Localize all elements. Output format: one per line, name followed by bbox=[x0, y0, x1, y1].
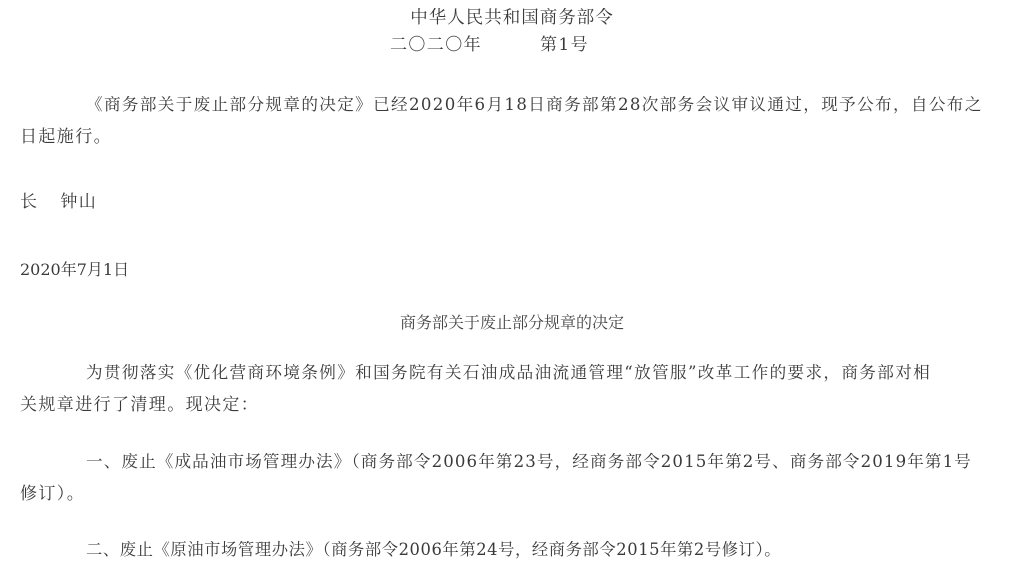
order-number: 第1号 bbox=[540, 35, 589, 55]
promulgation-text-line-1: 《商务部关于废止部分规章的决定》已经2020年6月18日商务部第28次部务会议审… bbox=[86, 95, 983, 115]
decision-item-1-line-2: 修订）。 bbox=[20, 484, 85, 504]
issue-date: 2020年7月1日 bbox=[20, 260, 129, 280]
decision-intro-line-2: 关规章进行了清理。现决定： bbox=[20, 395, 259, 415]
order-number-line: 二〇二〇年第1号 bbox=[390, 35, 589, 55]
decision-title: 商务部关于废止部分规章的决定 bbox=[0, 313, 1024, 333]
order-year: 二〇二〇年 bbox=[390, 35, 482, 55]
signature-name: 钟山 bbox=[60, 192, 97, 212]
decision-item-1-line-1: 一、废止《成品油市场管理办法》（商务部令2006年第23号，经商务部令2015年… bbox=[86, 452, 972, 472]
promulgation-text-line-2: 日起施行。 bbox=[20, 127, 112, 147]
decision-item-2: 二、废止《原油市场管理办法》（商务部令2006年第24号，经商务部令2015年第… bbox=[86, 540, 781, 560]
decision-intro-line-1: 为贯彻落实《优化营商环境条例》和国务院有关石油成品油流通管理“放管服”改革工作的… bbox=[86, 363, 931, 383]
order-title: 中华人民共和国商务部令 bbox=[0, 8, 1024, 28]
signature: 长钟山 bbox=[20, 192, 97, 212]
signature-title: 长 bbox=[20, 192, 38, 212]
